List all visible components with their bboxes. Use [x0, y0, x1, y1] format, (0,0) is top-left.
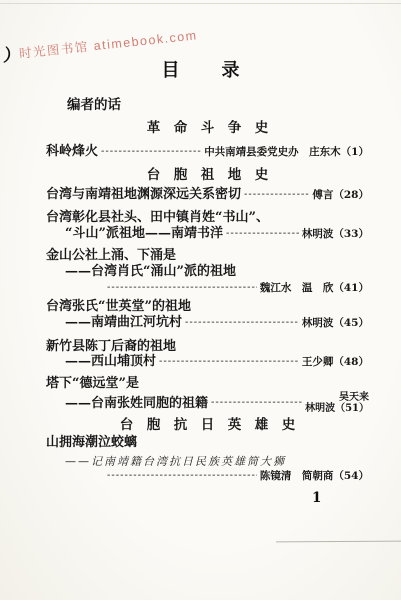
page-title: 目 录 [0, 56, 401, 82]
toc-list: 编者的话 革 命 斗 争 史 科岭烽火 --------------------… [46, 98, 369, 484]
leader-dots: ----------------------------------------… [107, 280, 257, 295]
entry-line: 台湾彰化县社头、田中镇肖姓“书山”、 [46, 210, 369, 225]
section-header-ancestral-land-history: 台 胞 祖 地 史 [46, 168, 369, 183]
entry-line: 山拥海潮泣蛟螭 [46, 435, 369, 450]
leader-dots: ----------------------------------------… [107, 468, 257, 483]
entry-line: 塔下“德远堂”是 [46, 376, 369, 391]
leader-dots: ----------------------------------------… [159, 354, 299, 369]
bottom-edge-line [276, 541, 401, 543]
entry-title: “斗山”派祖地——南靖书洋 [65, 226, 223, 241]
entry-author-stack: 吴天来 林明波（51） [305, 392, 369, 414]
section-header-anti-japanese-heroes: 台 胞 抗 日 英 雄 史 [46, 418, 369, 433]
top-edge-line [0, 3, 401, 4]
toc-entry-hekeng: ——南靖曲江河坑村 ------------------------------… [46, 315, 369, 331]
entry-title: 台湾与南靖祖地渊源深远关系密切 [46, 187, 241, 202]
toc-entry-yongshan-authors: ----------------------------------------… [46, 281, 369, 296]
entry-title: ——西山埔顶村 [65, 354, 156, 369]
entry-line: 新竹县陈丁后裔的祖地 [46, 339, 369, 354]
scanned-toc-page: 时光图书馆 atimebook.com ） 目 录 编者的话 革 命 斗 争 史… [0, 0, 401, 600]
entry-author: 魏江水 温 欣（41） [260, 281, 369, 296]
entry-line: 金山公社上涌、下涌是 [46, 248, 369, 263]
toc-entry-shushan: “斗山”派祖地——南靖书洋 --------------------------… [46, 226, 369, 242]
entry-title: ——台南张姓同胞的祖籍 [65, 396, 208, 411]
leader-dots: ----------------------------------------… [211, 395, 302, 410]
entry-author: 傅言（28） [312, 188, 369, 203]
section-header-revolutionary-history: 革 命 斗 争 史 [46, 121, 369, 136]
toc-entry-taiwan-nanjing: 台湾与南靖祖地渊源深远关系密切 ------------------------… [46, 187, 369, 203]
leader-dots: ----------------------------------------… [226, 226, 299, 241]
entry-line: 台湾张氏“世英堂”的祖地 [46, 299, 369, 314]
entry-title: 科岭烽火 [46, 144, 98, 159]
entry-author: 林明波（33） [302, 227, 369, 242]
toc-entry-keling: 科岭烽火 -----------------------------------… [46, 144, 369, 160]
entry-author: 林明波（51） [305, 403, 369, 414]
leader-dots: ----------------------------------------… [101, 144, 201, 159]
leader-dots: ----------------------------------------… [185, 315, 299, 330]
entry-author: 王少卿（48） [302, 355, 369, 370]
entry-author: 陈镜清 简朝商（54） [260, 469, 369, 484]
entry-author: 吴天来 [339, 392, 369, 403]
entry-author: 林明波（45） [302, 316, 369, 331]
entry-subtitle: ——记南靖籍台湾抗日民族英雄简大狮 [46, 454, 369, 469]
toc-entry-deyuantang: ——台南张姓同胞的祖籍 ----------------------------… [46, 392, 369, 414]
page-number: 1 [312, 490, 321, 506]
entry-author: 中共南靖县委党史办 庄东木（1） [204, 145, 369, 160]
toc-entry-puding: ——西山埔顶村 --------------------------------… [46, 354, 369, 370]
preface-line: 编者的话 [67, 98, 369, 113]
toc-entry-jiandashi-authors: ----------------------------------------… [46, 469, 369, 484]
leader-dots: ----------------------------------------… [244, 187, 309, 202]
entry-title: ——南靖曲江河坑村 [65, 315, 182, 330]
entry-line: ——台湾肖氏“涌山”派的祖地 [46, 264, 369, 279]
